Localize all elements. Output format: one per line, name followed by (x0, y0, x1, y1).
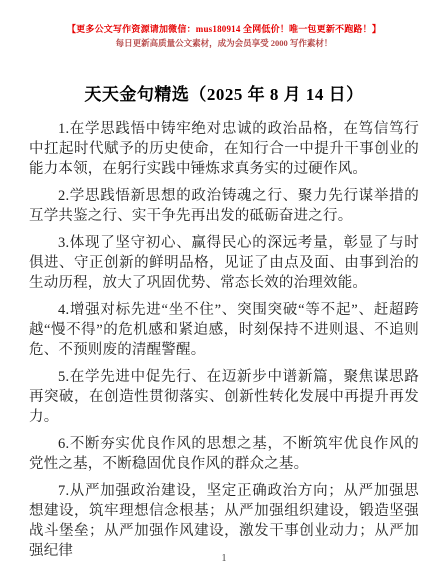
page-title: 天天金句精选（2025 年 8 月 14 日） (20, 80, 428, 105)
paragraph-2: 2.学思践悟新思想的政治铸魂之行、聚力先行谋举措的互学共鉴之行、实干争先再出发的… (29, 186, 419, 226)
paragraph-7: 7.从严加强政治建设，坚定正确政治方向；从严加强思想建设，筑牢理想信念根基；从严… (29, 481, 419, 561)
watermark-header: 【更多公文写作资源请加微信：mus180914 全网低价！唯一包更新不跑路！】 … (0, 0, 448, 50)
document-body: 1.在学思践悟中铸牢绝对忠诚的政治品格，在笃信笃行中扛起时代赋予的历史使命，在知… (29, 119, 419, 561)
document-page: 【更多公文写作资源请加微信：mus180914 全网低价！唯一包更新不跑路！】 … (0, 0, 448, 580)
paragraph-6: 6.不断夯实优良作风的思想之基，不断筑牢优良作风的党性之基，不断稳固优良作风的群… (29, 434, 419, 474)
paragraph-4: 4.增强对标先进“坐不住”、突围突破“等不起”、赶超跨越“慢不得”的危机感和紧迫… (29, 300, 419, 360)
paragraph-5: 5.在学先进中促先行、在迈新步中谱新篇，聚焦谋思路再突破，在创造性贯彻落实、创新… (29, 367, 419, 427)
paragraph-1: 1.在学思践悟中铸牢绝对忠诚的政治品格，在笃信笃行中扛起时代赋予的历史使命，在知… (29, 119, 419, 179)
page-number: 1 (0, 553, 448, 564)
paragraph-3: 3.体现了坚守初心、赢得民心的深远考量，彰显了与时俱进、守正创新的鲜明品格，见证… (29, 233, 419, 293)
watermark-line2: 每日更新高质量公文素材，成为会员享受 2000 写作素材！ (0, 37, 448, 50)
watermark-line1: 【更多公文写作资源请加微信：mus180914 全网低价！唯一包更新不跑路！】 (0, 23, 448, 36)
